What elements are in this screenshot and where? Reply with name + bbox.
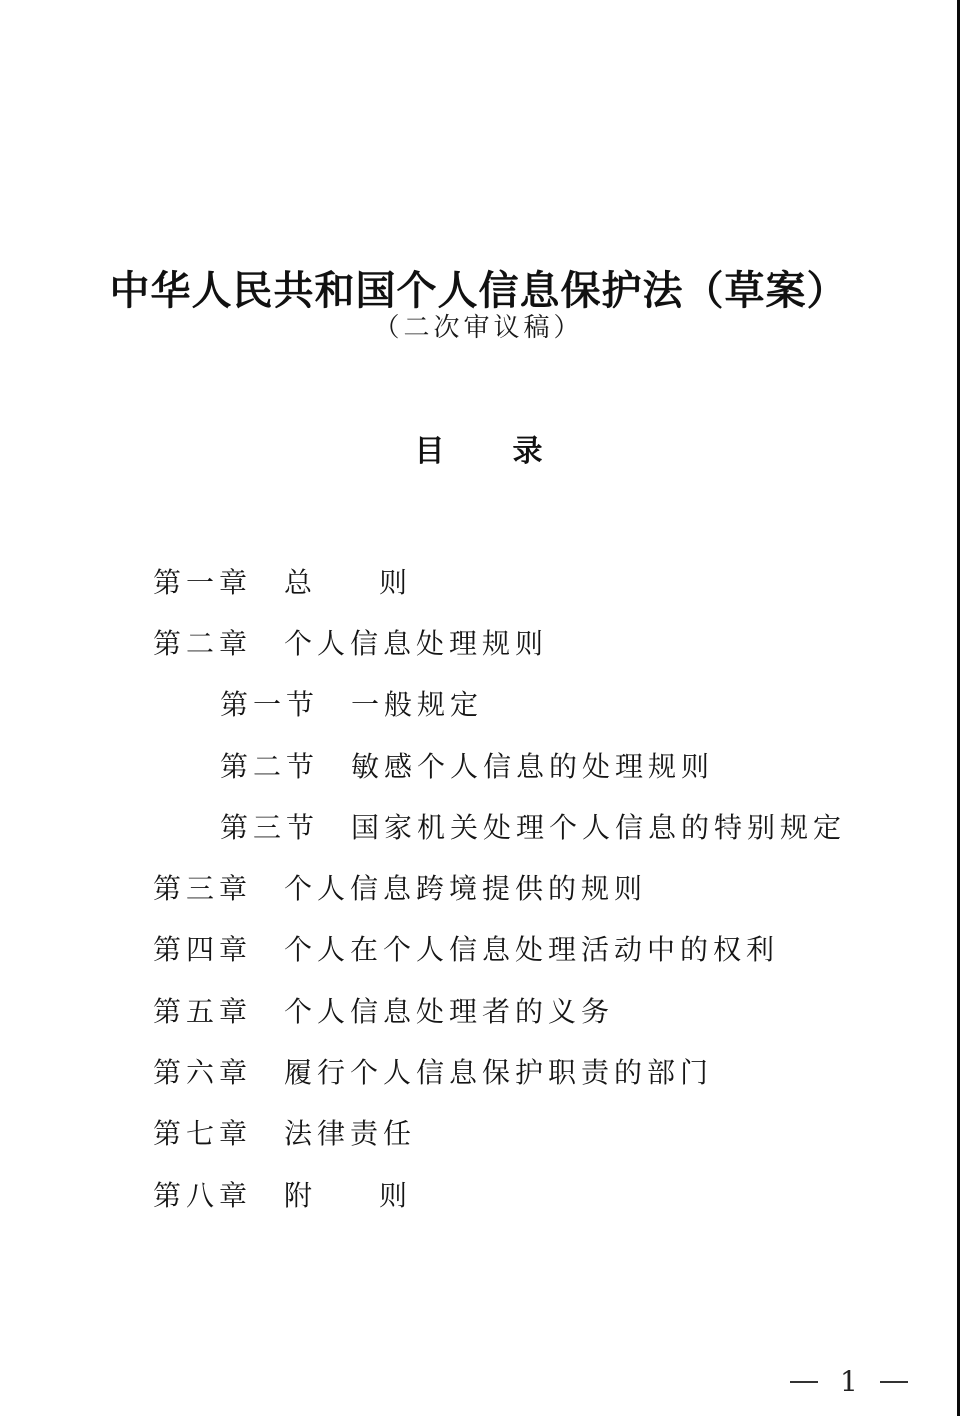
- table-of-contents: 第一章 总则 第二章 个人信息处理规则 第一节 一般规定 第二节 敏感个人信息的…: [153, 550, 846, 1224]
- toc-title: 总则: [284, 561, 412, 601]
- toc-number: 第三节: [220, 806, 351, 846]
- toc-number: 第四章: [153, 928, 284, 968]
- toc-heading: 目录: [0, 430, 957, 474]
- toc-number: 第三章: [153, 867, 284, 907]
- toc-number: 第二章: [153, 622, 284, 662]
- toc-number: 第七章: [153, 1112, 284, 1152]
- toc-title: 履行个人信息保护职责的部门: [284, 1051, 713, 1091]
- toc-title: 一般规定: [351, 683, 483, 723]
- toc-chapter-3[interactable]: 第三章 个人信息跨境提供的规则: [153, 856, 846, 917]
- toc-chapter-7[interactable]: 第七章 法律责任: [153, 1102, 846, 1163]
- toc-chapter-1[interactable]: 第一章 总则: [153, 550, 846, 611]
- toc-title: 个人信息处理规则: [284, 622, 548, 662]
- toc-chapter-4[interactable]: 第四章 个人在个人信息处理活动中的权利: [153, 918, 846, 979]
- page-number-dash-left: [790, 1381, 818, 1383]
- toc-number: 第八章: [153, 1174, 284, 1214]
- page-number: 1: [790, 1362, 908, 1402]
- page-number-value: 1: [840, 1362, 858, 1402]
- toc-section-2-3[interactable]: 第三节 国家机关处理个人信息的特别规定: [153, 795, 846, 856]
- toc-title: 法律责任: [284, 1112, 416, 1152]
- toc-heading-left: 目: [415, 430, 445, 474]
- toc-chapter-8[interactable]: 第八章 附则: [153, 1163, 846, 1224]
- document-page: 中华人民共和国个人信息保护法（草案） （二次审议稿） 目录 第一章 总则 第二章…: [0, 0, 957, 1416]
- toc-title: 个人信息处理者的义务: [284, 990, 614, 1030]
- toc-title: 国家机关处理个人信息的特别规定: [351, 806, 846, 846]
- toc-number: 第六章: [153, 1051, 284, 1091]
- toc-number: 第一节: [220, 683, 351, 723]
- toc-chapter-5[interactable]: 第五章 个人信息处理者的义务: [153, 979, 846, 1040]
- toc-chapter-6[interactable]: 第六章 履行个人信息保护职责的部门: [153, 1040, 846, 1101]
- toc-section-2-2[interactable]: 第二节 敏感个人信息的处理规则: [153, 734, 846, 795]
- toc-title: 个人在个人信息处理活动中的权利: [284, 928, 779, 968]
- toc-section-2-1[interactable]: 第一节 一般规定: [153, 673, 846, 734]
- page-number-dash-right: [880, 1381, 908, 1383]
- toc-chapter-2[interactable]: 第二章 个人信息处理规则: [153, 611, 846, 672]
- toc-title: 敏感个人信息的处理规则: [351, 745, 714, 785]
- toc-title: 个人信息跨境提供的规则: [284, 867, 647, 907]
- toc-heading-right: 录: [513, 430, 543, 474]
- toc-number: 第五章: [153, 990, 284, 1030]
- toc-number: 第二节: [220, 745, 351, 785]
- toc-title: 附则: [284, 1174, 412, 1214]
- toc-number: 第一章: [153, 561, 284, 601]
- document-subtitle: （二次审议稿）: [0, 308, 957, 348]
